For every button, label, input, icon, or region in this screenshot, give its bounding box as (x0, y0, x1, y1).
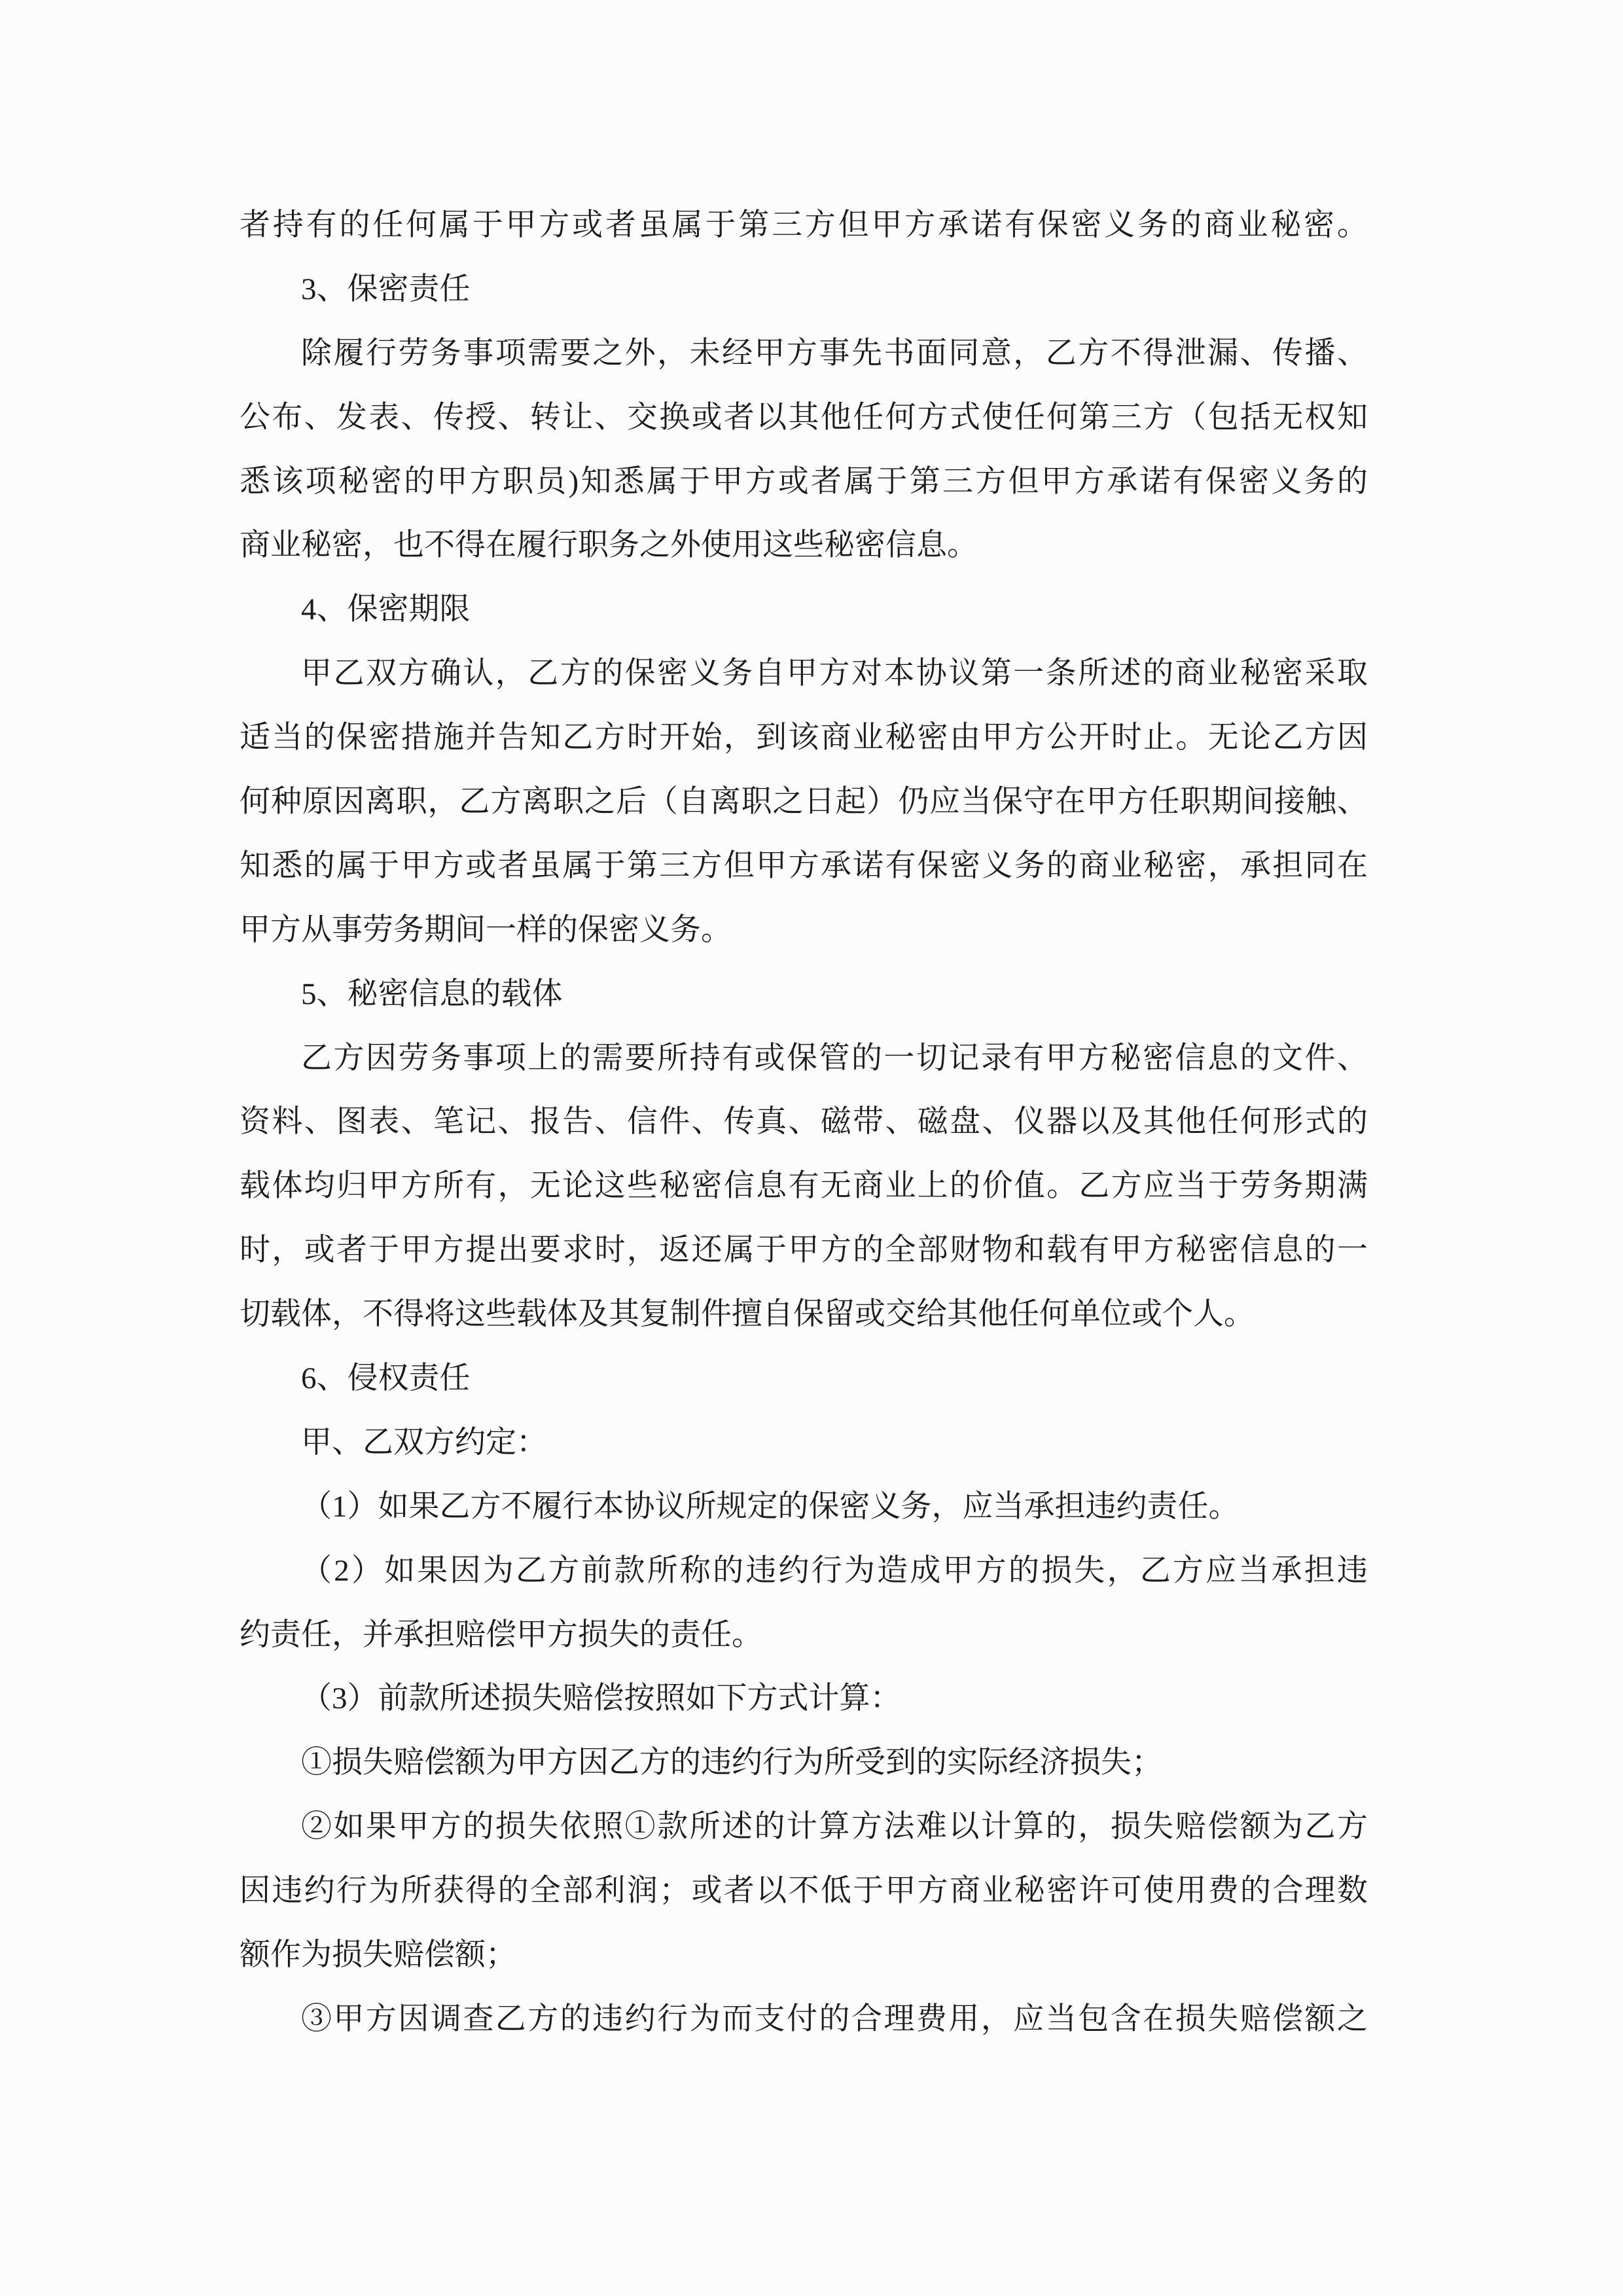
text-line: 甲乙双方确认，乙方的保密义务自甲方对本协议第一条所述的商业秘密采取 (240, 642, 1368, 706)
text-line: 3、保密责任 (240, 258, 1368, 322)
text-line: 乙方因劳务事项上的需要所持有或保管的一切记录有甲方秘密信息的文件、 (240, 1027, 1368, 1091)
text-line: 约责任，并承担赔偿甲方损失的责任。 (240, 1604, 1368, 1668)
text-line: ②如果甲方的损失依照①款所述的计算方法难以计算的，损失赔偿额为乙方 (240, 1795, 1368, 1859)
text-line: 资料、图表、笔记、报告、信件、传真、磁带、磁盘、仪器以及其他任何形式的 (240, 1090, 1368, 1155)
text-line: 何种原因离职，乙方离职之后（自离职之日起）仍应当保守在甲方任职期间接触、 (240, 770, 1368, 834)
text-line: 公布、发表、传授、转让、交换或者以其他任何方式使任何第三方（包括无权知 (240, 386, 1368, 450)
text-line: 除履行劳务事项需要之外，未经甲方事先书面同意，乙方不得泄漏、传播、 (240, 322, 1368, 386)
text-line: 知悉的属于甲方或者虽属于第三方但甲方承诺有保密义务的商业秘密，承担同在 (240, 834, 1368, 899)
text-line: 5、秘密信息的载体 (240, 963, 1368, 1027)
text-line: ①损失赔偿额为甲方因乙方的违约行为所受到的实际经济损失； (240, 1731, 1368, 1795)
text-line: 适当的保密措施并告知乙方时开始，到该商业秘密由甲方公开时止。无论乙方因 (240, 706, 1368, 770)
text-line: （3）前款所述损失赔偿按照如下方式计算： (240, 1667, 1368, 1731)
text-line: （1）如果乙方不履行本协议所规定的保密义务，应当承担违约责任。 (240, 1475, 1368, 1539)
text-line: 悉该项秘密的甲方职员)知悉属于甲方或者属于第三方但甲方承诺有保密义务的 (240, 450, 1368, 514)
document-page: 者持有的任何属于甲方或者虽属于第三方但甲方承诺有保密义务的商业秘密。3、保密责任… (0, 0, 1623, 2296)
document-body: 者持有的任何属于甲方或者虽属于第三方但甲方承诺有保密义务的商业秘密。3、保密责任… (240, 194, 1368, 2052)
text-line: 切载体，不得将这些载体及其复制件擅自保留或交给其他任何单位或个人。 (240, 1283, 1368, 1347)
text-line: 者持有的任何属于甲方或者虽属于第三方但甲方承诺有保密义务的商业秘密。 (240, 194, 1368, 258)
text-line: （2）如果因为乙方前款所称的违约行为造成甲方的损失，乙方应当承担违 (240, 1539, 1368, 1604)
text-line: 6、侵权责任 (240, 1347, 1368, 1411)
text-line: ③甲方因调查乙方的违约行为而支付的合理费用，应当包含在损失赔偿额之 (240, 1988, 1368, 2052)
text-line: 时，或者于甲方提出要求时，返还属于甲方的全部财物和载有甲方秘密信息的一 (240, 1219, 1368, 1283)
text-line: 甲方从事劳务期间一样的保密义务。 (240, 899, 1368, 963)
text-line: 载体均归甲方所有，无论这些秘密信息有无商业上的价值。乙方应当于劳务期满 (240, 1155, 1368, 1219)
text-line: 额作为损失赔偿额； (240, 1924, 1368, 1988)
text-line: 因违约行为所获得的全部利润；或者以不低于甲方商业秘密许可使用费的合理数 (240, 1859, 1368, 1924)
text-line: 4、保密期限 (240, 578, 1368, 642)
text-line: 商业秘密，也不得在履行职务之外使用这些秘密信息。 (240, 514, 1368, 578)
text-line: 甲、乙双方约定： (240, 1411, 1368, 1475)
